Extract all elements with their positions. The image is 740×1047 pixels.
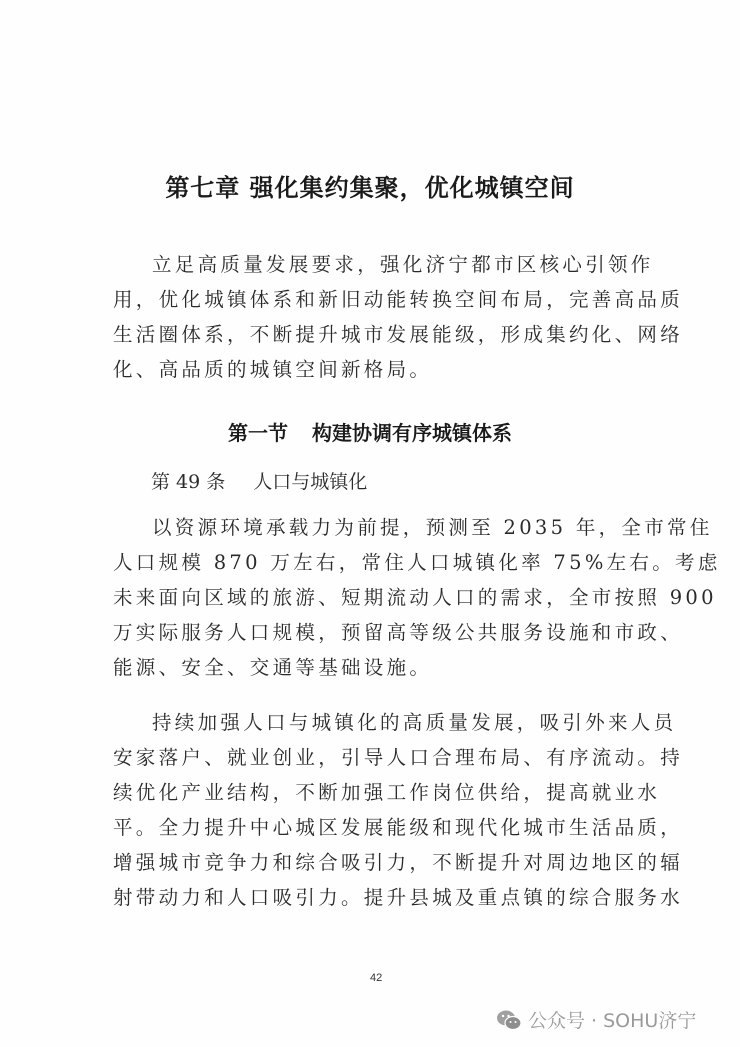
watermark: 公众号 · SOHU济宁	[496, 1006, 696, 1033]
paragraph-line: 立足高质量发展要求，强化济宁都市区核心引领作	[113, 247, 633, 282]
paragraph-line: 安家落户、就业创业，引导人口合理布局、有序流动。持	[113, 740, 633, 775]
paragraph-line: 持续加强人口与城镇化的高质量发展，吸引外来人员	[113, 705, 633, 740]
paragraph-urbanization: 持续加强人口与城镇化的高质量发展，吸引外来人员 安家落户、就业创业，引导人口合理…	[113, 705, 633, 915]
paragraph-line: 射带动力和人口吸引力。提升县城及重点镇的综合服务水	[113, 880, 633, 915]
paragraph-line: 生活圈体系，不断提升城市发展能级，形成集约化、网络	[113, 317, 633, 352]
section-title: 构建协调有序城镇体系	[312, 421, 512, 445]
paragraph-line: 以资源环境承载力为前提，预测至 2035 年，全市常住	[113, 510, 633, 545]
paragraph-population-forecast: 以资源环境承载力为前提，预测至 2035 年，全市常住 人口规模 870 万左右…	[113, 510, 633, 685]
paragraph-line: 能源、安全、交通等基础设施。	[113, 650, 633, 685]
chapter-title: 第七章 强化集约集聚，优化城镇空间	[0, 168, 740, 203]
paragraph-line: 续优化产业结构，不断加强工作岗位供给，提高就业水	[113, 775, 633, 810]
page-number: 42	[370, 972, 382, 984]
article-number: 第 49 条	[151, 471, 225, 493]
intro-paragraph: 立足高质量发展要求，强化济宁都市区核心引领作 用，优化城镇体系和新旧动能转换空间…	[113, 247, 633, 387]
wechat-icon	[496, 1009, 522, 1031]
paragraph-line: 未来面向区域的旅游、短期流动人口的需求，全市按照 900	[113, 580, 633, 615]
article-heading: 第 49 条人口与城镇化	[151, 467, 367, 494]
section-number: 第一节	[228, 421, 288, 445]
paragraph-line: 平。全力提升中心城区发展能级和现代化城市生活品质，	[113, 810, 633, 845]
paragraph-line: 万实际服务人口规模，预留高等级公共服务设施和市政、	[113, 615, 633, 650]
section-heading: 第一节构建协调有序城镇体系	[0, 417, 740, 446]
document-page: 第七章 强化集约集聚，优化城镇空间 立足高质量发展要求，强化济宁都市区核心引领作…	[0, 0, 740, 1047]
watermark-text: 公众号 · SOHU济宁	[528, 1006, 696, 1033]
paragraph-line: 化、高品质的城镇空间新格局。	[113, 352, 633, 387]
paragraph-line: 人口规模 870 万左右，常住人口城镇化率 75%左右。考虑	[113, 545, 633, 580]
paragraph-line: 增强城市竞争力和综合吸引力，不断提升对周边地区的辐	[113, 845, 633, 880]
paragraph-line: 用，优化城镇体系和新旧动能转换空间布局，完善高品质	[113, 282, 633, 317]
article-title: 人口与城镇化	[253, 471, 367, 493]
